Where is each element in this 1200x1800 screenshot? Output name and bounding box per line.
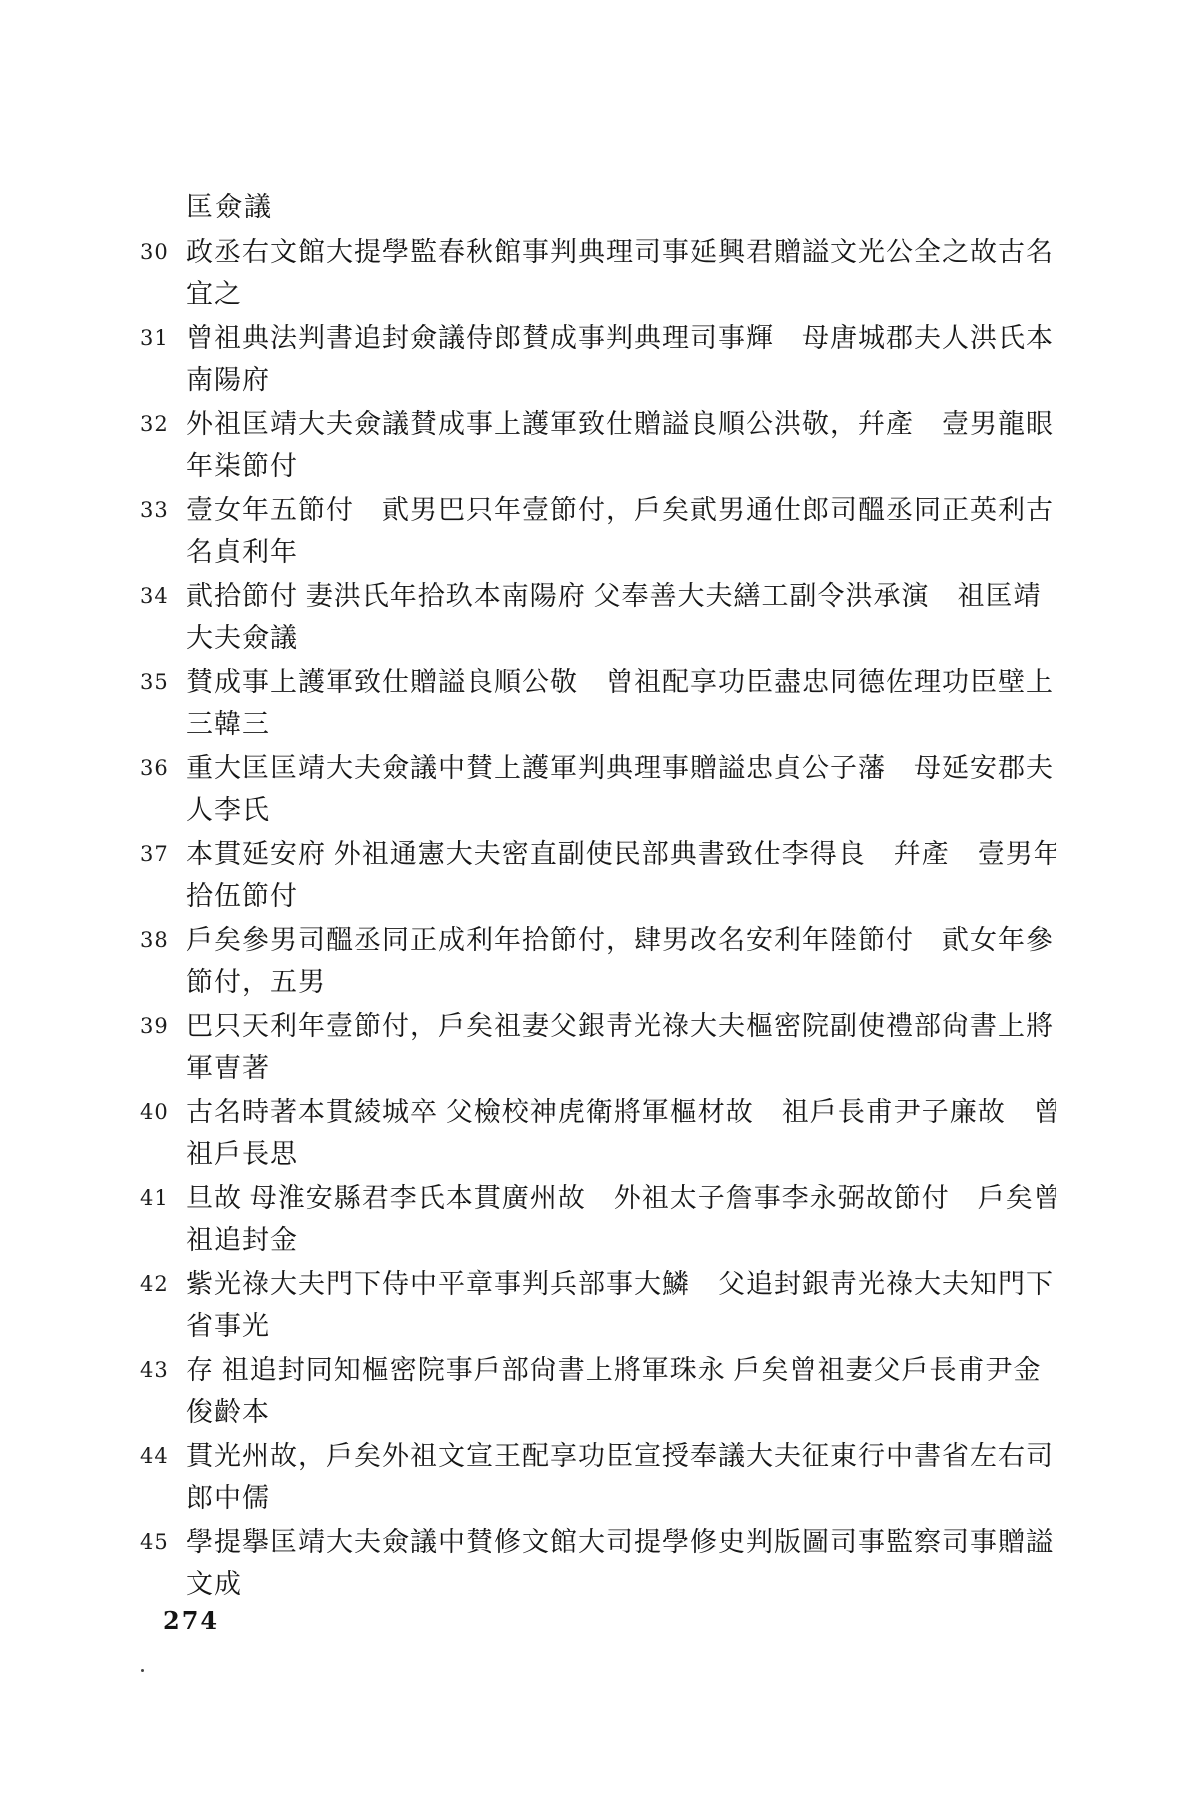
- ink-speck: [141, 1669, 144, 1672]
- entry-line-1: 巴只天利年壹節付，戶矣祖妻父銀靑光祿大夫樞密院副使禮部尙書上將: [186, 1005, 1056, 1047]
- entry-number: 33: [140, 489, 186, 522]
- entry-row: 42紫光祿大夫門下侍中平章事判兵部事大鱗 父追封銀靑光祿大夫知門下省事光: [140, 1263, 1056, 1347]
- entry-line-2: 文成: [186, 1563, 1056, 1605]
- entry-line-1: 賛成事上護軍致仕贈謚良順公敬 曾祖配享功臣盡忠同德佐理功臣壁上: [186, 661, 1056, 703]
- page-number: 274: [163, 1606, 219, 1635]
- entry-line-2: 大夫僉議: [186, 617, 1056, 659]
- entry-row: 35賛成事上護軍致仕贈謚良順公敬 曾祖配享功臣盡忠同德佐理功臣壁上三韓三: [140, 661, 1056, 745]
- entry-line-2: 郎中儒: [186, 1477, 1056, 1519]
- entry-line-2: 人李氏: [186, 789, 1056, 831]
- entry-number: 44: [140, 1435, 186, 1468]
- entry-text: 外祖匡靖大夫僉議賛成事上護軍致仕贈謚良順公洪敬，幷產 壹男龍眼年柒節付: [186, 403, 1056, 487]
- entry-text: 貫光州故，戶矣外祖文宣王配享功臣宣授奉議大夫征東行中書省左右司郎中儒: [186, 1435, 1056, 1519]
- entry-text: 政丞右文館大提學監春秋館事判典理司事延興君贈謚文光公全之故古名宜之: [186, 231, 1056, 315]
- entry-number: 31: [140, 317, 186, 350]
- entry-line-1: 貮拾節付 妻洪氏年拾玖本南陽府 父奉善大夫繕工副令洪承演 祖匡靖: [186, 575, 1056, 617]
- entry-row: 34貮拾節付 妻洪氏年拾玖本南陽府 父奉善大夫繕工副令洪承演 祖匡靖大夫僉議: [140, 575, 1056, 659]
- entry-row: 31曾祖典法判書追封僉議侍郎賛成事判典理司事輝 母唐城郡夫人洪氏本南陽府: [140, 317, 1056, 401]
- entry-text: 賛成事上護軍致仕贈謚良順公敬 曾祖配享功臣盡忠同德佐理功臣壁上三韓三: [186, 661, 1056, 745]
- entry-list: 30政丞右文館大提學監春秋館事判典理司事延興君贈謚文光公全之故古名宜之31曾祖典…: [140, 231, 1056, 1605]
- entry-row: 37本貫延安府 外祖通憲大夫密直副使民部典書致仕李得良 幷產 壹男年拾伍節付: [140, 833, 1056, 917]
- document-page: 匡僉議 30政丞右文館大提學監春秋館事判典理司事延興君贈謚文光公全之故古名宜之3…: [0, 0, 1200, 1800]
- entry-row: 36重大匡匡靖大夫僉議中賛上護軍判典理事贈謚忠貞公子藩 母延安郡夫人李氏: [140, 747, 1056, 831]
- entry-number: 38: [140, 919, 186, 952]
- entry-row: 40古名時著本貫綾城卒 父檢校神虎衛將軍樞材故 祖戶長甫尹子廉故 曾祖戶長思: [140, 1091, 1056, 1175]
- entry-line-1: 本貫延安府 外祖通憲大夫密直副使民部典書致仕李得良 幷產 壹男年: [186, 833, 1056, 875]
- entry-number: 39: [140, 1005, 186, 1038]
- entry-number: 32: [140, 403, 186, 436]
- entry-line-2: 省事光: [186, 1305, 1056, 1347]
- entry-line-1: 政丞右文館大提學監春秋館事判典理司事延興君贈謚文光公全之故古名: [186, 231, 1056, 273]
- entry-number: 30: [140, 231, 186, 264]
- entry-text: 存 祖追封同知樞密院事戶部尙書上將軍珠永 戶矣曾祖妻父戶長甫尹金俊齡本: [186, 1349, 1056, 1433]
- entry-line-2: 三韓三: [186, 703, 1056, 745]
- entry-line-2: 軍曺著: [186, 1047, 1056, 1089]
- entry-text: 巴只天利年壹節付，戶矣祖妻父銀靑光祿大夫樞密院副使禮部尙書上將軍曺著: [186, 1005, 1056, 1089]
- entry-number: 42: [140, 1263, 186, 1296]
- entry-line-1: 重大匡匡靖大夫僉議中賛上護軍判典理事贈謚忠貞公子藩 母延安郡夫: [186, 747, 1056, 789]
- entry-row: 41旦故 母淮安縣君李氏本貫廣州故 外祖太子詹事李永弼故節付 戶矣曾祖追封金: [140, 1177, 1056, 1261]
- entry-text: 古名時著本貫綾城卒 父檢校神虎衛將軍樞材故 祖戶長甫尹子廉故 曾祖戶長思: [186, 1091, 1056, 1175]
- entry-line-2: 俊齡本: [186, 1391, 1056, 1433]
- entry-text: 戶矣參男司醞丞同正成利年拾節付，肆男改名安利年陸節付 貮女年參節付，五男: [186, 919, 1056, 1003]
- carryover-line: 匡僉議: [186, 186, 1056, 228]
- entry-number: 36: [140, 747, 186, 780]
- entry-line-2: 節付，五男: [186, 961, 1056, 1003]
- entry-text: 重大匡匡靖大夫僉議中賛上護軍判典理事贈謚忠貞公子藩 母延安郡夫人李氏: [186, 747, 1056, 831]
- text-block: 匡僉議 30政丞右文館大提學監春秋館事判典理司事延興君贈謚文光公全之故古名宜之3…: [140, 186, 1056, 1607]
- entry-line-2: 祖追封金: [186, 1219, 1056, 1261]
- entry-number: 41: [140, 1177, 186, 1210]
- entry-text: 曾祖典法判書追封僉議侍郎賛成事判典理司事輝 母唐城郡夫人洪氏本南陽府: [186, 317, 1056, 401]
- entry-line-1: 存 祖追封同知樞密院事戶部尙書上將軍珠永 戶矣曾祖妻父戶長甫尹金: [186, 1349, 1056, 1391]
- entry-line-1: 古名時著本貫綾城卒 父檢校神虎衛將軍樞材故 祖戶長甫尹子廉故 曾: [186, 1091, 1056, 1133]
- entry-line-1: 曾祖典法判書追封僉議侍郎賛成事判典理司事輝 母唐城郡夫人洪氏本: [186, 317, 1056, 359]
- entry-number: 37: [140, 833, 186, 866]
- entry-row: 30政丞右文館大提學監春秋館事判典理司事延興君贈謚文光公全之故古名宜之: [140, 231, 1056, 315]
- entry-line-1: 壹女年五節付 貮男巴只年壹節付，戶矣貮男通仕郎司醞丞同正英利古: [186, 489, 1056, 531]
- entry-line-1: 旦故 母淮安縣君李氏本貫廣州故 外祖太子詹事李永弼故節付 戶矣曾: [186, 1177, 1056, 1219]
- entry-line-1: 貫光州故，戶矣外祖文宣王配享功臣宣授奉議大夫征東行中書省左右司: [186, 1435, 1056, 1477]
- entry-text: 紫光祿大夫門下侍中平章事判兵部事大鱗 父追封銀靑光祿大夫知門下省事光: [186, 1263, 1056, 1347]
- entry-line-2: 年柒節付: [186, 445, 1056, 487]
- entry-number: 34: [140, 575, 186, 608]
- entry-text: 壹女年五節付 貮男巴只年壹節付，戶矣貮男通仕郎司醞丞同正英利古名貞利年: [186, 489, 1056, 573]
- entry-number: 43: [140, 1349, 186, 1382]
- entry-line-2: 拾伍節付: [186, 875, 1056, 917]
- entry-row: 45學提擧匡靖大夫僉議中賛修文館大司提學修史判版圖司事監察司事贈謚文成: [140, 1521, 1056, 1605]
- entry-line-1: 外祖匡靖大夫僉議賛成事上護軍致仕贈謚良順公洪敬，幷產 壹男龍眼: [186, 403, 1056, 445]
- entry-row: 33壹女年五節付 貮男巴只年壹節付，戶矣貮男通仕郎司醞丞同正英利古名貞利年: [140, 489, 1056, 573]
- entry-line-1: 紫光祿大夫門下侍中平章事判兵部事大鱗 父追封銀靑光祿大夫知門下: [186, 1263, 1056, 1305]
- entry-row: 44貫光州故，戶矣外祖文宣王配享功臣宣授奉議大夫征東行中書省左右司郎中儒: [140, 1435, 1056, 1519]
- entry-line-2: 名貞利年: [186, 531, 1056, 573]
- entry-row: 38戶矣參男司醞丞同正成利年拾節付，肆男改名安利年陸節付 貮女年參節付，五男: [140, 919, 1056, 1003]
- entry-line-1: 學提擧匡靖大夫僉議中賛修文館大司提學修史判版圖司事監察司事贈謚: [186, 1521, 1056, 1563]
- entry-text: 本貫延安府 外祖通憲大夫密直副使民部典書致仕李得良 幷產 壹男年拾伍節付: [186, 833, 1056, 917]
- entry-number: 45: [140, 1521, 186, 1554]
- entry-row: 43存 祖追封同知樞密院事戶部尙書上將軍珠永 戶矣曾祖妻父戶長甫尹金俊齡本: [140, 1349, 1056, 1433]
- entry-line-1: 戶矣參男司醞丞同正成利年拾節付，肆男改名安利年陸節付 貮女年參: [186, 919, 1056, 961]
- entry-text: 旦故 母淮安縣君李氏本貫廣州故 外祖太子詹事李永弼故節付 戶矣曾祖追封金: [186, 1177, 1056, 1261]
- entry-line-2: 南陽府: [186, 359, 1056, 401]
- entry-number: 35: [140, 661, 186, 694]
- entry-row: 39巴只天利年壹節付，戶矣祖妻父銀靑光祿大夫樞密院副使禮部尙書上將軍曺著: [140, 1005, 1056, 1089]
- entry-text: 貮拾節付 妻洪氏年拾玖本南陽府 父奉善大夫繕工副令洪承演 祖匡靖大夫僉議: [186, 575, 1056, 659]
- entry-number: 40: [140, 1091, 186, 1124]
- entry-line-2: 祖戶長思: [186, 1133, 1056, 1175]
- entry-text: 學提擧匡靖大夫僉議中賛修文館大司提學修史判版圖司事監察司事贈謚文成: [186, 1521, 1056, 1605]
- entry-row: 32外祖匡靖大夫僉議賛成事上護軍致仕贈謚良順公洪敬，幷產 壹男龍眼年柒節付: [140, 403, 1056, 487]
- entry-line-2: 宜之: [186, 273, 1056, 315]
